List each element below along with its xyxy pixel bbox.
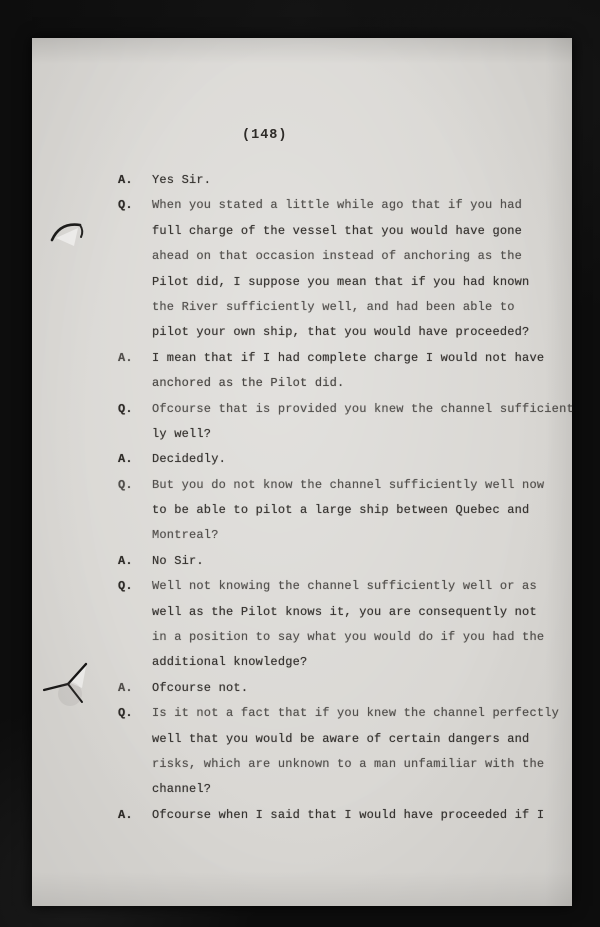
transcript-line: ly well? xyxy=(152,422,572,447)
transcript-line: Ofcourse not. xyxy=(152,676,572,701)
speaker-label: A. xyxy=(118,168,133,193)
transcript-entry: A. Yes Sir. xyxy=(32,168,572,193)
transcript-entry: A. Ofcourse not. xyxy=(32,676,572,701)
photostat-scan: { "colors": { "background": "#0d0d0d", "… xyxy=(0,0,600,927)
speaker-label: Q. xyxy=(118,701,133,726)
transcript-line: risks, which are unknown to a man unfami… xyxy=(152,752,572,777)
speaker-label: Q. xyxy=(118,473,133,498)
entry-lines: Yes Sir. xyxy=(152,168,572,193)
entry-lines: Decidedly. xyxy=(152,447,572,472)
speaker-label: A. xyxy=(118,803,133,828)
transcript-entry: A. Decidedly. xyxy=(32,447,572,472)
transcript-entry: Q. Is it not a fact that if you knew the… xyxy=(32,701,572,803)
transcript-line: Ofcourse when I said that I would have p… xyxy=(152,803,572,828)
transcript-line: Montreal? xyxy=(152,523,572,548)
transcript-line: additional knowledge? xyxy=(152,650,572,675)
transcript-entry: Q. When you stated a little while ago th… xyxy=(32,193,572,345)
speaker-label: A. xyxy=(118,346,133,371)
transcript-line: ahead on that occasion instead of anchor… xyxy=(152,244,572,269)
transcript-line: full charge of the vessel that you would… xyxy=(152,219,572,244)
entry-lines: Ofcourse when I said that I would have p… xyxy=(152,803,572,828)
speaker-label: Q. xyxy=(118,193,133,218)
transcript-line: well that you would be aware of certain … xyxy=(152,727,572,752)
speaker-label: Q. xyxy=(118,397,133,422)
transcript-line: anchored as the Pilot did. xyxy=(152,371,572,396)
document-page: (148) A. Yes Sir. Q. When you stated a l… xyxy=(32,38,572,906)
entry-lines: Well not knowing the channel sufficientl… xyxy=(152,574,572,676)
transcript-entry: A. Ofcourse when I said that I would hav… xyxy=(32,803,572,828)
entry-lines: But you do not know the channel sufficie… xyxy=(152,473,572,549)
page-number: (148) xyxy=(242,128,288,143)
transcript-line: Ofcourse that is provided you knew the c… xyxy=(152,397,572,422)
transcript-line: When you stated a little while ago that … xyxy=(152,193,572,218)
transcript-line: well as the Pilot knows it, you are cons… xyxy=(152,600,572,625)
transcript-entry: A. No Sir. xyxy=(32,549,572,574)
transcript-line: in a position to say what you would do i… xyxy=(152,625,572,650)
transcript-line: to be able to pilot a large ship between… xyxy=(152,498,572,523)
speaker-label: A. xyxy=(118,676,133,701)
transcript-entry: Q. Well not knowing the channel sufficie… xyxy=(32,574,572,676)
transcript-line: No Sir. xyxy=(152,549,572,574)
speaker-label: A. xyxy=(118,549,133,574)
transcript-line: channel? xyxy=(152,777,572,802)
transcript-line: Well not knowing the channel sufficientl… xyxy=(152,574,572,599)
transcript-entry: Q. But you do not know the channel suffi… xyxy=(32,473,572,549)
entry-lines: Ofcourse not. xyxy=(152,676,572,701)
transcript-entry: A. I mean that if I had complete charge … xyxy=(32,346,572,397)
transcript-line: Yes Sir. xyxy=(152,168,572,193)
entry-lines: When you stated a little while ago that … xyxy=(152,193,572,345)
transcript-line: Is it not a fact that if you knew the ch… xyxy=(152,701,572,726)
speaker-label: Q. xyxy=(118,574,133,599)
speaker-label: A. xyxy=(118,447,133,472)
entry-lines: Ofcourse that is provided you knew the c… xyxy=(152,397,572,448)
transcript-line: Decidedly. xyxy=(152,447,572,472)
entry-lines: No Sir. xyxy=(152,549,572,574)
transcript-line: pilot your own ship, that you would have… xyxy=(152,320,572,345)
transcript-line: I mean that if I had complete charge I w… xyxy=(152,346,572,371)
transcript-body: A. Yes Sir. Q. When you stated a little … xyxy=(32,168,572,828)
transcript-line: the River sufficiently well, and had bee… xyxy=(152,295,572,320)
transcript-entry: Q. Ofcourse that is provided you knew th… xyxy=(32,397,572,448)
transcript-line: But you do not know the channel sufficie… xyxy=(152,473,572,498)
entry-lines: I mean that if I had complete charge I w… xyxy=(152,346,572,397)
entry-lines: Is it not a fact that if you knew the ch… xyxy=(152,701,572,803)
transcript-line: Pilot did, I suppose you mean that if yo… xyxy=(152,270,572,295)
